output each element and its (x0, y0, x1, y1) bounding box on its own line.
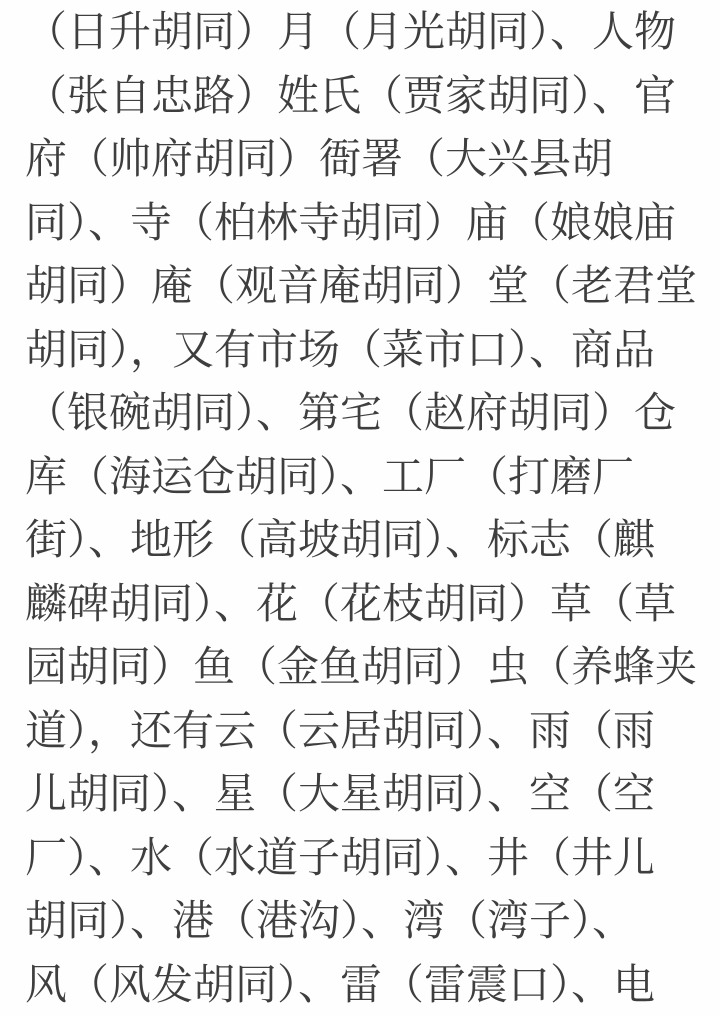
text-line: 胡同）、港（港沟）、湾（湾子）、 (25, 889, 702, 953)
text-line: 街）、地形（高坡胡同）、标志（麒 (25, 508, 702, 572)
text-line: 儿胡同）、星（大星胡同）、空（空 (25, 762, 702, 826)
text-line: 园胡同）鱼（金鱼胡同）虫（养蜂夹 (25, 635, 702, 699)
text-line: 府（帅府胡同）衙署（大兴县胡 (25, 127, 702, 191)
text-line: 库（海运仓胡同）、工厂（打磨厂 (25, 445, 702, 509)
text-line: 胡同），又有市场（菜市口）、商品 (25, 318, 702, 382)
text-content: （日升胡同）月（月光胡同）、人物 （张自忠路）姓氏（贾家胡同）、官 府（帅府胡同… (25, 0, 702, 1016)
text-line: 道），还有云（云居胡同）、雨（雨 (25, 699, 702, 763)
text-line: 同）、寺（柏林寺胡同）庙（娘娘庙 (25, 191, 702, 255)
text-line: 麟碑胡同）、花（花枝胡同）草（草 (25, 572, 702, 636)
text-line: （日升胡同）月（月光胡同）、人物 (25, 0, 702, 64)
text-line: （张自忠路）姓氏（贾家胡同）、官 (25, 64, 702, 128)
text-line: 风（风发胡同）、雷（雷震口）、电 (25, 953, 702, 1016)
text-line: 厂）、水（水道子胡同）、井（井儿 (25, 826, 702, 890)
text-line: 胡同）庵（观音庵胡同）堂（老君堂 (25, 254, 702, 318)
text-line: （银碗胡同）、第宅（赵府胡同）仓 (25, 381, 702, 445)
reader-page: （日升胡同）月（月光胡同）、人物 （张自忠路）姓氏（贾家胡同）、官 府（帅府胡同… (0, 0, 720, 1016)
